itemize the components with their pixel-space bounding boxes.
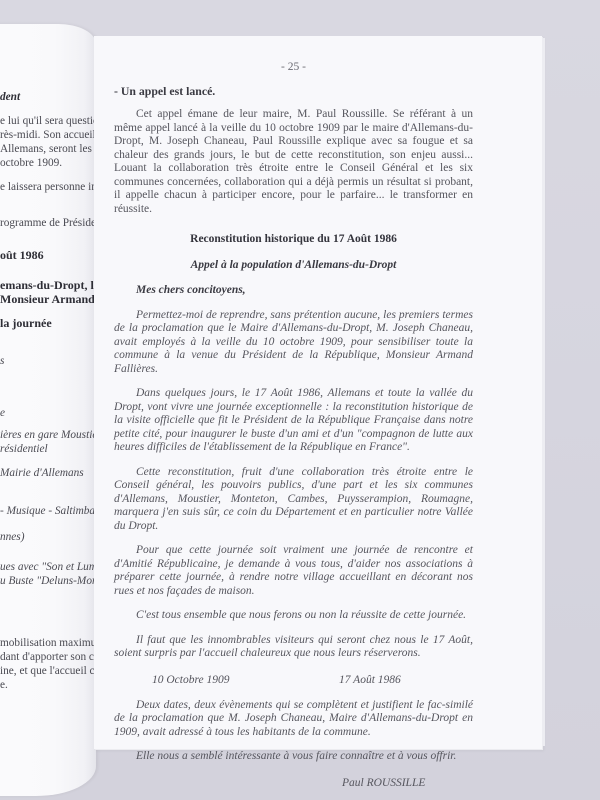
left-page-text-fragment: Monsieur Armand Fallières (0, 292, 96, 306)
left-page-text-fragment: rogramme de Président. Jusqu (0, 216, 96, 230)
page-number: - 25 - (114, 61, 473, 75)
page-content: - 25 - - Un appel est lancé. Cet appel é… (114, 61, 473, 790)
left-page-text-fragment: emans-du-Dropt, le 10 Octo (0, 278, 96, 292)
left-page-text-fragment: mobilisation maximum. Chaq (0, 636, 96, 650)
left-page-text-fragment: rès-midi. Son accueil en gare (0, 128, 96, 142)
salutation: Mes chers concitoyens, (114, 284, 473, 298)
left-page-text-fragment: oût 1986 (0, 248, 44, 262)
document-title: Reconstitution historique du 17 Août 198… (114, 233, 473, 247)
left-page-text-fragment: e. (0, 678, 8, 692)
left-page-text-fragment: - Musique - Saltimbanque, et (0, 504, 96, 518)
letter-paragraph: Pour que cette journée soit vraiment une… (114, 544, 473, 598)
left-page-text-fragment: ine, et que l'accueil chaleureu (0, 664, 96, 678)
letter-paragraph: C'est tous ensemble que nous ferons ou n… (114, 609, 473, 623)
left-page-text-fragment: la journée (0, 316, 52, 330)
left-page-text-fragment: Allemans, seront les deux pr (0, 142, 96, 156)
date-1909: 10 Octobre 1909 (152, 674, 230, 688)
letter-paragraph: Cette reconstitution, fruit d'une collab… (114, 466, 473, 534)
left-page-text-fragment: s (0, 354, 4, 368)
left-page-text-fragment: octobre 1909. (0, 156, 62, 170)
letter-paragraph: Il faut que les innombrables visiteurs q… (114, 634, 473, 661)
left-page-text-fragment: ues avec "Son et Lumière" (0, 560, 96, 574)
letter-paragraph: Dans quelques jours, le 17 Août 1986, Al… (114, 387, 473, 455)
date-1986: 17 Août 1986 (339, 674, 401, 688)
left-page-text-fragment: dent (0, 90, 20, 104)
left-page-text-fragment: e laissera personne indifférent (0, 180, 96, 194)
left-page-text-fragment: ières en gare Moustier (0, 428, 96, 442)
signature: Paul ROUSSILLE (114, 777, 473, 791)
closing-paragraph: Elle nous a semblé intéressante à vous f… (114, 750, 473, 764)
page-edge (542, 38, 545, 746)
section-heading: - Un appel est lancé. (114, 85, 473, 99)
document-subtitle: Appel à la population d'Allemans-du-Drop… (114, 259, 473, 273)
left-page-text-fragment: Mairie d'Allemans (0, 466, 84, 480)
left-page: dente lui qu'il sera question, tout arès… (0, 24, 96, 796)
left-page-text-fragment: e (0, 406, 5, 420)
right-page: - 25 - - Un appel est lancé. Cet appel é… (94, 36, 542, 749)
left-page-text-fragment: e lui qu'il sera question, tout a (0, 114, 96, 128)
closing-paragraph: Deux dates, deux évènements qui se compl… (114, 699, 473, 740)
left-page-text-fragment: nnes) (0, 530, 24, 544)
intro-paragraph: Cet appel émane de leur maire, M. Paul R… (114, 108, 473, 216)
left-page-text-fragment: résidentiel (0, 442, 48, 456)
letter-paragraph: Permettez-moi de reprendre, sans prétent… (114, 309, 473, 377)
left-page-text-fragment: dant d'apporter son concours p (0, 650, 96, 664)
left-page-text-fragment: u Buste "Deluns-Montaud" (0, 574, 96, 588)
dates-row: 10 Octobre 1909 17 Août 1986 (114, 674, 473, 688)
